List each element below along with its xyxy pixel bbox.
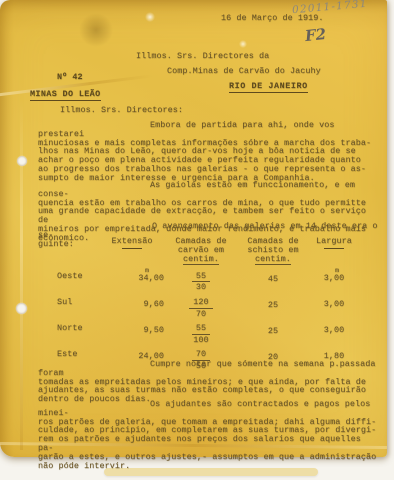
table-row: Norte 9,50 55100 25 3,00: [40, 324, 362, 344]
largura-value: m3,00: [308, 272, 360, 283]
largura-value: 3,00: [308, 324, 360, 335]
schisto-value: 45: [238, 272, 308, 284]
table-header-row: Extensão Camadas de carvão em centim. Ca…: [40, 237, 362, 265]
header-schisto: Camadas de schisto em centim.: [238, 237, 308, 265]
galleries-table: Extensão Camadas de carvão em centim. Ca…: [40, 237, 362, 377]
header-carvao: Camadas de carvão em centim.: [164, 237, 238, 265]
header-rule: [324, 248, 344, 249]
letter-date: 16 de Março de 1919.: [221, 14, 324, 23]
extensao-value: 9,60: [100, 298, 164, 309]
header-rule: [122, 248, 142, 249]
extensao-value: m34,00: [100, 272, 164, 283]
paper-crease: [20, 100, 23, 450]
table-body: Oeste m34,00 5530 45 m3,00 Sul 9,60 1207…: [40, 272, 362, 371]
schisto-value: 25: [238, 298, 308, 310]
paragraph-3: Cumpre notar que sómente na semana p.pas…: [38, 360, 381, 404]
origin-letterhead: MINAS DO LEÃO: [30, 90, 101, 101]
letter-number: Nº 42: [57, 73, 83, 82]
row-label: Norte: [40, 324, 100, 333]
salutation: Illmos. Srs. Directores:: [60, 106, 183, 115]
punch-hole: [17, 156, 27, 166]
city-line: RIO DE JANEIRO: [229, 82, 308, 93]
paragraph-1: Embora de partida para ahi, onde vos pre…: [38, 121, 381, 183]
header-extensao: Extensão: [100, 237, 164, 249]
row-label: Oeste: [40, 272, 100, 281]
row-label: Este: [40, 350, 100, 359]
carvao-value: 5530: [164, 272, 238, 292]
punch-hole: [16, 303, 27, 314]
carvao-value: 55100: [164, 324, 238, 344]
table-row: Oeste m34,00 5530 45 m3,00: [40, 272, 362, 292]
extensao-value: 9,50: [100, 324, 164, 335]
largura-value: 3,00: [308, 298, 360, 309]
carvao-value: 12070: [164, 298, 238, 318]
table-row: Sul 9,60 12070 25 3,00: [40, 298, 362, 318]
paragraph-4: Os ajudantes são contractados e pagos pe…: [38, 400, 381, 470]
schisto-value: 25: [238, 324, 308, 336]
recipient-line-1: Illmos. Srs. Directores da: [136, 52, 269, 61]
folio-mark-annotation: F2: [304, 25, 327, 45]
header-largura: Largura: [308, 237, 360, 249]
row-label: Sul: [40, 298, 100, 307]
recipient-line-2: Comp.Minas de Carvão do Jacuhy: [167, 67, 321, 76]
